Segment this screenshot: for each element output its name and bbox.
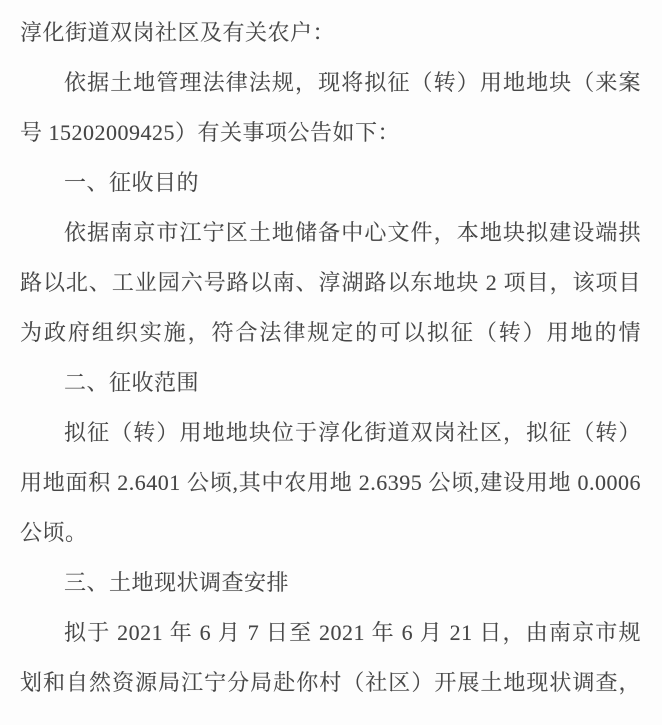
section-2-paragraph-line-1: 拟征（转）用地地块位于淳化街道双岗社区，拟征（转） <box>20 408 641 458</box>
section-2-paragraph-line-3: 公顷。 <box>20 508 641 558</box>
section-2-paragraph-line-2: 用地面积 2.6401 公顷,其中农用地 2.6395 公顷,建设用地 0.00… <box>20 458 641 508</box>
section-3-heading: 三、土地现状调查安排 <box>20 558 641 608</box>
section-3-paragraph-line-1: 拟于 2021 年 6 月 7 日至 2021 年 6 月 21 日，由南京市规 <box>20 608 641 658</box>
section-2-heading: 二、征收范围 <box>20 358 641 408</box>
section-1-heading: 一、征收目的 <box>20 158 641 208</box>
intro-paragraph-line-1: 依据土地管理法律法规，现将拟征（转）用地地块（来案 <box>20 58 641 108</box>
document-page: 淳化街道双岗社区及有关农户： 依据土地管理法律法规，现将拟征（转）用地地块（来案… <box>0 0 662 725</box>
section-1-paragraph-line-2: 路以北、工业园六号路以南、淳湖路以东地块 2 项目，该项目 <box>20 258 641 308</box>
section-3-paragraph-line-2: 划和自然资源局江宁分局赴你村（社区）开展土地现状调查， <box>20 658 641 708</box>
intro-paragraph-line-2: 号 15202009425）有关事项公告如下： <box>20 108 641 158</box>
section-1-paragraph-line-3: 为政府组织实施，符合法律规定的可以拟征（转）用地的情形。 <box>20 308 641 358</box>
section-1-paragraph-line-1: 依据南京市江宁区土地储备中心文件，本地块拟建设端拱 <box>20 208 641 258</box>
salutation-line: 淳化街道双岗社区及有关农户： <box>20 8 641 58</box>
